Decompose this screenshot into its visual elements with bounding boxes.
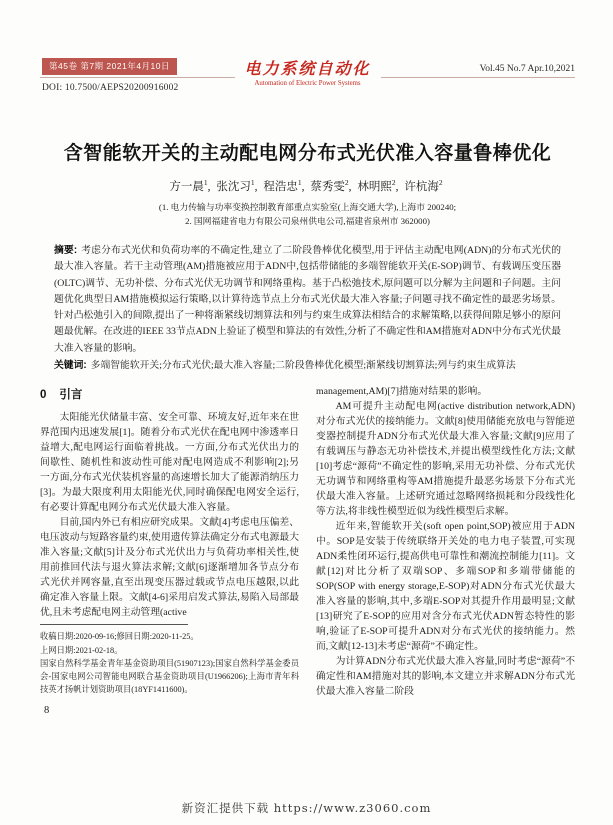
author-name: 方一晨1, bbox=[169, 181, 213, 193]
affiliation-line: 2. 国网福建省电力有限公司泉州供电公司,福建省泉州市 362000) bbox=[40, 215, 575, 229]
keywords-block: 关键词:多端智能软开关;分布式光伏;最大准入容量;二阶段鲁棒优化模型;渐紧线切割… bbox=[54, 358, 561, 374]
abstract-label: 摘要: bbox=[54, 245, 77, 256]
keywords-label: 关键词: bbox=[54, 360, 87, 371]
issue-badge: 第45卷 第7期 2021年4月10日 bbox=[42, 58, 177, 75]
page-number: 8 bbox=[40, 705, 299, 716]
volume-info: Vol.45 No.7 Apr.10,2021 bbox=[480, 64, 575, 74]
left-paragraphs: 太阳能光伏储量丰富、安全可靠、环境友好,近年来在世界范围内迅速发展[1]。随着分… bbox=[40, 410, 299, 620]
author-name: 蔡秀雯2, bbox=[310, 181, 354, 193]
footnote-line: 收稿日期:2020-09-16;修回日期:2020-11-25。 bbox=[40, 630, 299, 643]
section-number: 0 bbox=[40, 389, 46, 401]
body-paragraph: AM可提升主动配电网(active distribution network,A… bbox=[316, 399, 575, 519]
body-paragraph: management,AM)[7]措施对结果的影响。 bbox=[316, 384, 575, 399]
footnote-divider bbox=[40, 624, 188, 625]
body-paragraph: 为计算ADN分布式光伏最大准入容量,同时考虑“源荷”不确定性和AM措施对其的影响… bbox=[316, 654, 575, 699]
footnote-line: 国家自然科学基金青年基金资助项目(51907123);国家自然科学基金委员会-国… bbox=[40, 657, 299, 697]
abstract-block: 摘要:考虑分布式光伏和负荷功率的不确定性,建立了二阶段鲁棒优化模型,用于评估主动… bbox=[54, 243, 561, 357]
journal-name-en: Automation of Electric Power Systems bbox=[244, 80, 370, 87]
article-title: 含智能软开关的主动配电网分布式光伏准入容量鲁棒优化 bbox=[40, 138, 575, 165]
page-header: 第45卷 第7期 2021年4月10日 DOI: 10.7500/AEPS202… bbox=[40, 56, 575, 104]
right-paragraphs: management,AM)[7]措施对结果的影响。 AM可提升主动配电网(ac… bbox=[316, 384, 575, 699]
footnote-line: 上网日期:2021-02-18。 bbox=[40, 644, 299, 657]
author-name: 程浩忠1, bbox=[263, 181, 307, 193]
right-column: management,AM)[7]措施对结果的影响。 AM可提升主动配电网(ac… bbox=[316, 384, 575, 716]
body-paragraph: 目前,国内外已有相应研究成果。文献[4]考虑电压偏差、电压波动与短路容量约束,使… bbox=[40, 515, 299, 620]
watermark: 新资汇提供下载 https://www.z3060.com bbox=[0, 800, 613, 816]
author-affiliation-mark: 2 bbox=[439, 178, 443, 187]
body-columns: 0引言 太阳能光伏储量丰富、安全可靠、环境友好,近年来在世界范围内迅速发展[1]… bbox=[40, 384, 575, 716]
body-paragraph: 太阳能光伏储量丰富、安全可靠、环境友好,近年来在世界范围内迅速发展[1]。随着分… bbox=[40, 410, 299, 515]
doi-text: DOI: 10.7500/AEPS20200916002 bbox=[42, 83, 179, 93]
section-heading: 0引言 bbox=[40, 386, 299, 402]
journal-name-cn: 电力系统自动化 bbox=[244, 56, 370, 79]
keywords-text: 多端智能软开关;分布式光伏;最大准入容量;二阶段鲁棒优化模型;渐紧线切割算法;列… bbox=[91, 360, 516, 371]
author-name: 许杭海2 bbox=[404, 181, 445, 193]
journal-logo: 电力系统自动化 Automation of Electric Power Sys… bbox=[234, 56, 380, 87]
abstract-text: 考虑分布式光伏和负荷功率的不确定性,建立了二阶段鲁棒优化模型,用于评估主动配电网… bbox=[54, 245, 561, 354]
footnote-block: 收稿日期:2020-09-16;修回日期:2020-11-25。 上网日期:20… bbox=[40, 620, 299, 696]
affiliations: (1. 电力传输与功率变换控制教育部重点实验室(上海交通大学),上海市 2002… bbox=[40, 201, 575, 228]
authors-line: 方一晨1, 张沈习1, 程浩忠1, 蔡秀雯2, 林明熙2, 许杭海2 bbox=[40, 178, 575, 194]
section-title: 引言 bbox=[59, 389, 82, 401]
left-column: 0引言 太阳能光伏储量丰富、安全可靠、环境友好,近年来在世界范围内迅速发展[1]… bbox=[40, 384, 299, 716]
author-name: 林明熙2, bbox=[357, 181, 401, 193]
author-name: 张沈习1, bbox=[216, 181, 260, 193]
body-paragraph: 近年来,智能软开关(soft open point,SOP)被应用于ADN中。S… bbox=[316, 519, 575, 654]
footnote-lines: 收稿日期:2020-09-16;修回日期:2020-11-25。 上网日期:20… bbox=[40, 630, 299, 696]
affiliation-line: (1. 电力传输与功率变换控制教育部重点实验室(上海交通大学),上海市 2002… bbox=[40, 201, 575, 215]
journal-page: 第45卷 第7期 2021年4月10日 DOI: 10.7500/AEPS202… bbox=[0, 0, 613, 825]
